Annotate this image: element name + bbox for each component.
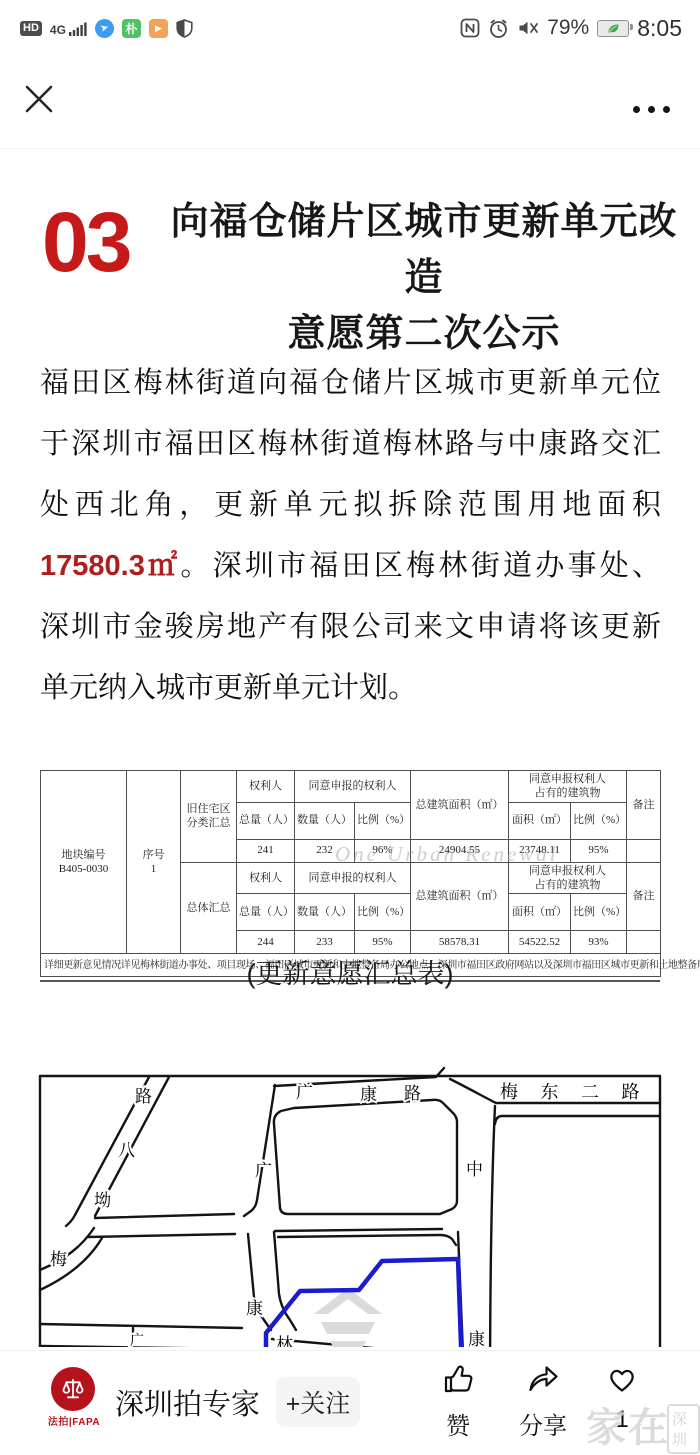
header-agree-owner: 同意申报的权利人 bbox=[295, 862, 411, 894]
thumbs-up-icon bbox=[440, 1361, 476, 1397]
road-label: 广 bbox=[130, 1333, 144, 1347]
plot-id-value: B405-0030 bbox=[43, 862, 124, 876]
favorite-count: 1 bbox=[591, 1406, 653, 1434]
header-total: 总量（人） bbox=[237, 802, 295, 839]
road-label: 路 bbox=[135, 1087, 152, 1106]
network-indicator: 4G bbox=[50, 21, 87, 36]
map-drawing: 广 康 路 梅 东 二 路 路 八 坳 梅 广 康 中 康 林 广 bbox=[38, 1062, 662, 1347]
header-area: 面积（㎡） bbox=[509, 802, 571, 839]
header-owner: 权利人 bbox=[237, 862, 295, 894]
road-label: 康 bbox=[360, 1085, 377, 1104]
header-agree-building-line2: 占有的建筑物 bbox=[511, 878, 624, 892]
road-label: 广 bbox=[296, 1083, 313, 1102]
table-cell-remark bbox=[627, 931, 661, 954]
table-caption: (更新意愿汇总表) bbox=[0, 952, 700, 991]
table-cell: 58578.31 bbox=[411, 931, 509, 954]
header-ratio: 比例（%） bbox=[355, 894, 411, 931]
alarm-clock-icon bbox=[488, 18, 509, 39]
header-ratio: 比例（%） bbox=[571, 894, 627, 931]
publisher-logo-caption: 法拍|FAPA bbox=[28, 1413, 120, 1428]
blue-app-icon: ➤ bbox=[93, 16, 116, 39]
signal-bars-icon bbox=[69, 21, 87, 36]
road-label: 路 bbox=[404, 1084, 421, 1103]
publisher-name[interactable]: 深圳拍专家 bbox=[115, 1382, 260, 1423]
more-dot bbox=[663, 106, 670, 113]
table-cell: 23748.11 bbox=[509, 839, 571, 862]
section-number: 03 bbox=[42, 200, 129, 284]
body-line-rest: 。深圳市福田区梅林街道办事处、 bbox=[180, 550, 661, 582]
table-cell: 241 bbox=[237, 839, 295, 862]
table-cell: 244 bbox=[237, 931, 295, 954]
table-cell: 93% bbox=[571, 931, 627, 954]
summary-table: 地块编号 B405-0030 序号 1 旧住宅区分类汇总 权利人 同意申报的权利… bbox=[40, 770, 661, 977]
logo-cn-label: 法拍 bbox=[48, 1417, 69, 1428]
road-label: 广 bbox=[255, 1161, 272, 1180]
header-gfa: 总建筑面积（㎡） bbox=[411, 771, 509, 840]
section1-name-cell: 旧住宅区分类汇总 bbox=[181, 771, 237, 863]
header-remark: 备注 bbox=[627, 862, 661, 931]
location-map: 广 康 路 梅 东 二 路 路 八 坳 梅 广 康 中 康 林 广 bbox=[38, 1062, 662, 1347]
like-button[interactable]: 赞 bbox=[427, 1361, 489, 1441]
article-title-line1: 向福仓储片区城市更新单元改造 bbox=[168, 194, 680, 306]
status-right-group: 79% 8:05 bbox=[460, 15, 682, 42]
table-cell-remark bbox=[627, 839, 661, 862]
table-cell: 96% bbox=[355, 839, 411, 862]
road-label-meidonger: 梅 东 二 路 bbox=[500, 1082, 649, 1102]
heart-icon bbox=[604, 1361, 640, 1397]
road-label: 林 bbox=[276, 1335, 293, 1347]
clock-label: 8:05 bbox=[637, 15, 682, 42]
phone-screen: HD 4G ➤ 朴 ▶ bbox=[0, 0, 700, 1455]
road-label: 康 bbox=[468, 1330, 485, 1347]
orange-app-icon: ▶ bbox=[149, 19, 168, 38]
road-label: 坳 bbox=[94, 1191, 111, 1210]
close-icon bbox=[22, 82, 56, 116]
green-app-icon: 朴 bbox=[122, 19, 141, 38]
body-line: 福田区梅林街道向福仓储片区城市更新单元位 bbox=[40, 353, 661, 414]
status-left-group: HD 4G ➤ 朴 ▶ bbox=[20, 19, 193, 38]
header-agree-building: 同意申报权利人 占有的建筑物 bbox=[509, 771, 627, 803]
body-line: 深圳市金骏房地产有限公司来文申请将该更新 bbox=[40, 597, 661, 658]
article-title: 向福仓储片区城市更新单元改造 意愿第二次公示 bbox=[168, 194, 680, 362]
highlighted-area-value: 17580.3㎡ bbox=[40, 550, 180, 582]
header-gfa: 总建筑面积（㎡） bbox=[411, 862, 509, 931]
hd-badge-icon: HD bbox=[20, 21, 42, 36]
nav-divider bbox=[0, 148, 700, 149]
share-label: 分享 bbox=[512, 1406, 574, 1441]
more-dot bbox=[648, 106, 655, 113]
summary-table-wrapper: 地块编号 B405-0030 序号 1 旧住宅区分类汇总 权利人 同意申报的权利… bbox=[40, 770, 660, 982]
section2-name-cell: 总体汇总 bbox=[181, 862, 237, 954]
header-agree-building-line1: 同意申报权利人 bbox=[511, 772, 624, 786]
seq-cell: 序号 1 bbox=[127, 771, 181, 954]
mute-icon bbox=[517, 18, 539, 38]
table-cell: 24904.55 bbox=[411, 839, 509, 862]
plot-id-label: 地块编号 bbox=[43, 848, 124, 862]
battery-percent-label: 79% bbox=[547, 16, 589, 40]
header-ratio: 比例（%） bbox=[571, 802, 627, 839]
header-agree-owner: 同意申报的权利人 bbox=[295, 771, 411, 803]
header-remark: 备注 bbox=[627, 771, 661, 840]
seq-value: 1 bbox=[129, 862, 178, 876]
header-agree-building-line1: 同意申报权利人 bbox=[511, 864, 624, 878]
header-owner: 权利人 bbox=[237, 771, 295, 803]
more-options-button[interactable] bbox=[633, 106, 670, 113]
table-cell: 95% bbox=[571, 839, 627, 862]
header-count: 数量（人） bbox=[295, 894, 355, 931]
header-ratio: 比例（%） bbox=[355, 802, 411, 839]
table-cell: 54522.52 bbox=[509, 931, 571, 954]
favorite-button[interactable]: 1 bbox=[591, 1361, 653, 1434]
network-type-label: 4G bbox=[50, 24, 66, 36]
bottom-action-bar: 法拍|FAPA 深圳拍专家 +关注 赞 分享 1 bbox=[0, 1350, 700, 1455]
nfc-icon bbox=[460, 18, 480, 38]
share-arrow-icon bbox=[525, 1361, 561, 1397]
map-watermark-logo bbox=[314, 1288, 382, 1347]
table-cell: 233 bbox=[295, 931, 355, 954]
follow-button[interactable]: +关注 bbox=[276, 1377, 360, 1427]
more-dot bbox=[633, 106, 640, 113]
road-label: 八 bbox=[118, 1141, 135, 1160]
header-count: 数量（人） bbox=[295, 802, 355, 839]
publisher-avatar[interactable] bbox=[51, 1367, 95, 1411]
battery-icon bbox=[597, 20, 629, 37]
close-button[interactable] bbox=[22, 82, 56, 116]
body-line: 处西北角，更新单元拟拆除范围用地面积 bbox=[40, 475, 661, 536]
seq-label: 序号 bbox=[129, 848, 178, 862]
body-line: 17580.3㎡。深圳市福田区梅林街道办事处、 bbox=[40, 536, 661, 597]
map-roads bbox=[40, 1068, 660, 1347]
shield-icon bbox=[176, 19, 193, 38]
road-label: 梅 bbox=[50, 1250, 67, 1269]
plot-id-cell: 地块编号 B405-0030 bbox=[41, 771, 127, 954]
road-label: 中 bbox=[466, 1160, 483, 1179]
article-body: 福田区梅林街道向福仓储片区城市更新单元位 于深圳市福田区梅林街道梅林路与中康路交… bbox=[40, 353, 661, 719]
share-button[interactable]: 分享 bbox=[512, 1361, 574, 1441]
logo-en-label: FAPA bbox=[72, 1417, 100, 1428]
status-bar: HD 4G ➤ 朴 ▶ bbox=[0, 0, 700, 56]
table-cell: 95% bbox=[355, 931, 411, 954]
justice-scales-icon bbox=[58, 1374, 88, 1404]
body-line: 于深圳市福田区梅林街道梅林路与中康路交汇 bbox=[40, 414, 661, 475]
header-agree-building-line2: 占有的建筑物 bbox=[511, 786, 624, 800]
header-total: 总量（人） bbox=[237, 894, 295, 931]
header-area: 面积（㎡） bbox=[509, 894, 571, 931]
body-line: 单元纳入城市更新单元计划。 bbox=[40, 658, 661, 719]
road-label: 康 bbox=[246, 1299, 263, 1318]
header-agree-building: 同意申报权利人 占有的建筑物 bbox=[509, 862, 627, 894]
table-cell: 232 bbox=[295, 839, 355, 862]
like-label: 赞 bbox=[427, 1406, 489, 1441]
power-save-leaf-icon bbox=[607, 23, 620, 34]
